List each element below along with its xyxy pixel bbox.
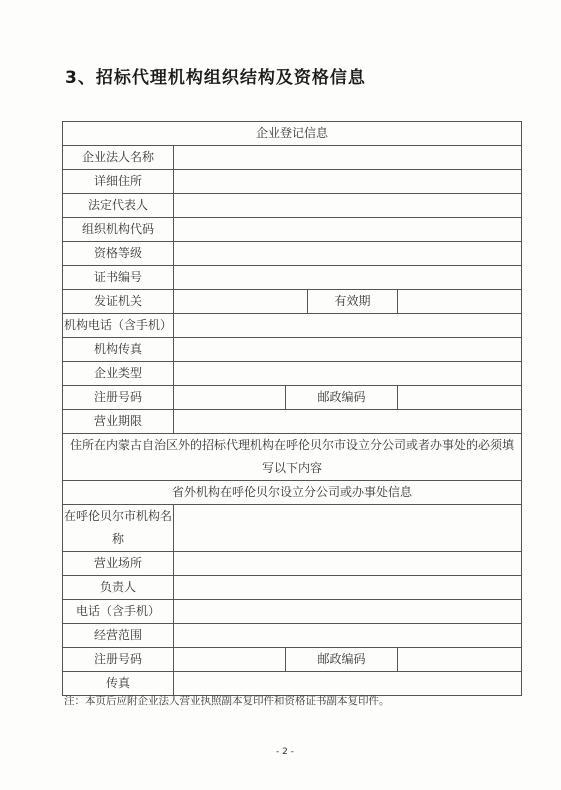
section-header-registration: 企业登记信息 [63, 122, 522, 146]
field-org-code[interactable] [174, 218, 522, 242]
label-manager: 负责人 [63, 576, 174, 600]
label-issuer: 发证机关 [63, 290, 174, 314]
label-branch-postcode: 邮政编码 [286, 648, 398, 672]
field-qual-level[interactable] [174, 242, 522, 266]
label-scope: 经营范围 [63, 624, 174, 648]
label-premises: 营业场所 [63, 552, 174, 576]
label-address: 详细住所 [63, 170, 174, 194]
page-title: 3、招标代理机构组织结构及资格信息 [65, 63, 366, 88]
field-issuer[interactable] [174, 290, 308, 314]
section-header-branch: 省外机构在呼伦贝尔设立分公司或办事处信息 [63, 481, 522, 505]
footnote: 注：本页后应附企业法人营业执照副本复印件和资格证书副本复印件。 [64, 693, 390, 708]
label-business-term: 营业期限 [63, 410, 174, 434]
field-phone[interactable] [174, 314, 522, 338]
field-legal-rep[interactable] [174, 194, 522, 218]
label-qual-level: 资格等级 [63, 242, 174, 266]
label-postcode: 邮政编码 [286, 386, 398, 410]
label-validity: 有效期 [308, 290, 398, 314]
field-fax[interactable] [174, 338, 522, 362]
notice-text: 住所在内蒙古自治区外的招标代理机构在呼伦贝尔市设立分公司或者办事处的必须填写以下… [63, 434, 522, 481]
field-premises[interactable] [174, 552, 522, 576]
page-number: - 2 - [276, 747, 294, 757]
field-branch-postcode[interactable] [398, 648, 522, 672]
field-legal-name[interactable] [174, 146, 522, 170]
label-branch-fax: 传真 [63, 672, 174, 696]
field-branch-fax[interactable] [174, 672, 522, 696]
field-postcode[interactable] [398, 386, 522, 410]
label-phone: 机构电话（含手机） [63, 314, 174, 338]
field-address[interactable] [174, 170, 522, 194]
field-cert-no[interactable] [174, 266, 522, 290]
field-branch-name[interactable] [174, 505, 522, 552]
label-cert-no: 证书编号 [63, 266, 174, 290]
label-enterprise-type: 企业类型 [63, 362, 174, 386]
field-scope[interactable] [174, 624, 522, 648]
field-reg-no[interactable] [174, 386, 286, 410]
field-validity[interactable] [398, 290, 522, 314]
label-legal-rep: 法定代表人 [63, 194, 174, 218]
label-legal-name: 企业法人名称 [63, 146, 174, 170]
label-fax: 机构传真 [63, 338, 174, 362]
label-branch-reg-no: 注册号码 [63, 648, 174, 672]
field-branch-phone[interactable] [174, 600, 522, 624]
field-manager[interactable] [174, 576, 522, 600]
label-branch-name: 在呼伦贝尔市机构名称 [63, 505, 174, 552]
field-business-term[interactable] [174, 410, 522, 434]
field-branch-reg-no[interactable] [174, 648, 286, 672]
field-enterprise-type[interactable] [174, 362, 522, 386]
label-reg-no: 注册号码 [63, 386, 174, 410]
registration-table: 企业登记信息 企业法人名称 详细住所 法定代表人 组织机构代码 资格等级 证书编… [62, 121, 522, 696]
label-branch-phone: 电话（含手机） [63, 600, 174, 624]
label-org-code: 组织机构代码 [63, 218, 174, 242]
